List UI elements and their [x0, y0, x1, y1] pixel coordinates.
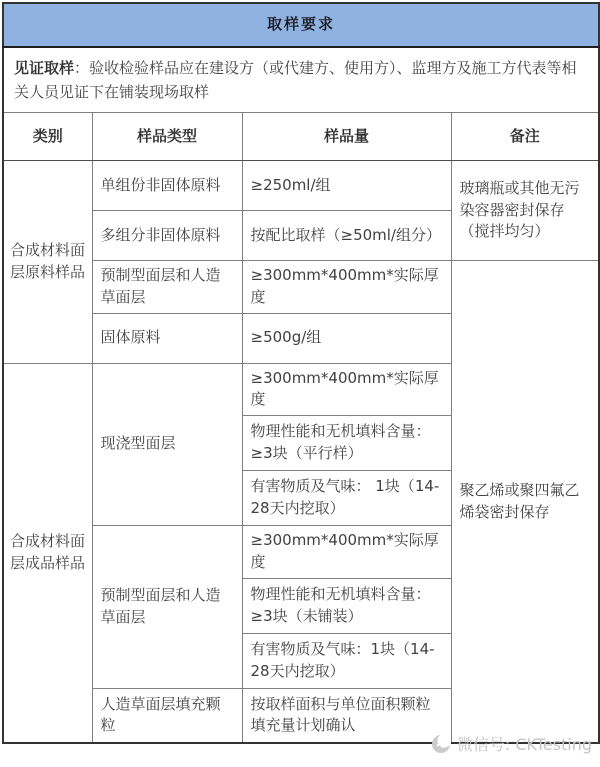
sample-type-cell: 预制型面层和人造草面层: [92, 261, 242, 314]
table-row: 预制型面层和人造草面层 ≥300mm*400mm*实际厚度 聚乙烯或聚四氟乙烯袋…: [3, 261, 599, 314]
sample-type-cell: 单组份非固体原料: [92, 161, 242, 211]
quantity-cell: ≥300mm*400mm*实际厚度: [242, 526, 451, 579]
remark-cell-pe-bag: 聚乙烯或聚四氟乙烯袋密封保存: [451, 261, 599, 744]
quantity-cell: ≥300mm*400mm*实际厚度: [242, 261, 451, 314]
category-cell-finished-products: 合成材料面层成品样品: [3, 363, 92, 743]
witness-note-row: 见证取样：验收检验样品应在建设方（或代建方、使用方）、监理方及施工方代表等相关人…: [3, 47, 599, 113]
sample-type-cell: 多组分非固体原料: [92, 211, 242, 261]
quantity-cell: 有害物质及气味：1块（14-28天内挖取）: [242, 633, 451, 688]
title-row: 取样要求: [3, 3, 599, 47]
col-header-sample-type: 样品类型: [92, 113, 242, 161]
category-cell-raw-materials: 合成材料面层原料样品: [3, 161, 92, 364]
sample-type-cell-cast-in-place: 现浇型面层: [92, 363, 242, 526]
sample-type-cell-prefab-turf: 预制型面层和人造草面层: [92, 526, 242, 689]
col-header-remark: 备注: [451, 113, 599, 161]
wechat-icon: [431, 734, 451, 754]
table-row: 合成材料面层原料样品 单组份非固体原料 ≥250ml/组 玻璃瓶或其他无污染容器…: [3, 161, 599, 211]
remark-cell-glass-bottle: 玻璃瓶或其他无污染容器密封保存（搅拌均匀）: [451, 161, 599, 261]
page-title: 取样要求: [3, 3, 599, 47]
quantity-cell: 物理性能和无机填料含量：≥3块（平行样）: [242, 416, 451, 471]
witness-note-label: 见证取样: [14, 59, 74, 77]
col-header-category: 类别: [3, 113, 92, 161]
quantity-cell: 物理性能和无机填料含量：≥3块（未铺装）: [242, 578, 451, 633]
witness-note-text: ：验收检验样品应在建设方（或代建方、使用方）、监理方及施工方代表等相关人员见证下…: [14, 59, 577, 101]
quantity-cell: 按配比取样（≥50ml/组分）: [242, 211, 451, 261]
sample-type-cell: 固体原料: [92, 313, 242, 363]
sampling-requirements-table: 取样要求 见证取样：验收检验样品应在建设方（或代建方、使用方）、监理方及施工方代…: [2, 2, 600, 744]
quantity-cell: ≥500g/组: [242, 313, 451, 363]
column-header-row: 类别 样品类型 样品量 备注: [3, 113, 599, 161]
quantity-cell: ≥300mm*400mm*实际厚度: [242, 363, 451, 416]
watermark-text: 微信号: CKTesting: [457, 732, 592, 755]
witness-note: 见证取样：验收检验样品应在建设方（或代建方、使用方）、监理方及施工方代表等相关人…: [3, 47, 599, 113]
quantity-cell: 按取样面积与单位面积颗粒填充量计划确认: [242, 688, 451, 743]
watermark: 微信号: CKTesting: [431, 732, 592, 755]
sample-type-cell-infill-granules: 人造草面层填充颗粒: [92, 688, 242, 743]
col-header-quantity: 样品量: [242, 113, 451, 161]
document-page: 取样要求 见证取样：验收检验样品应在建设方（或代建方、使用方）、监理方及施工方代…: [0, 0, 600, 767]
quantity-cell: ≥250ml/组: [242, 161, 451, 211]
quantity-cell: 有害物质及气味： 1块（14-28天内挖取）: [242, 471, 451, 526]
